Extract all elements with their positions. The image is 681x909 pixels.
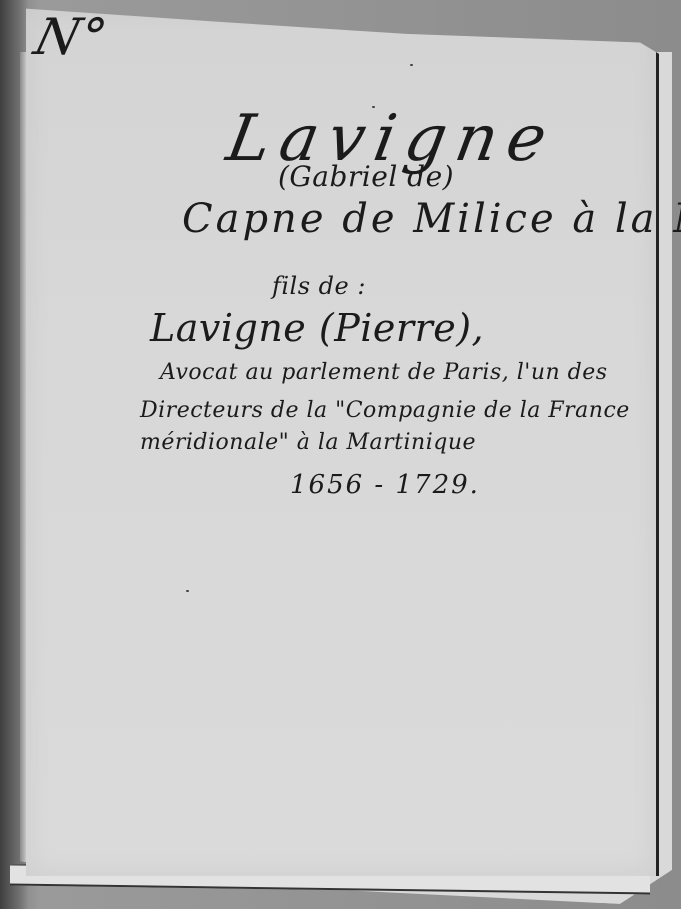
binding-shadow xyxy=(0,0,28,909)
ink-speck xyxy=(372,106,375,108)
given-name: (Gabriel de) xyxy=(278,160,454,193)
ink-speck xyxy=(410,64,413,66)
rank-title: Capne de Milice à la Mque xyxy=(182,196,681,242)
description-line-1: Avocat au parlement de Paris, l'un des xyxy=(160,360,608,385)
description-line-2: Directeurs de la "Compagnie de la France xyxy=(140,398,630,423)
date-range: 1656 - 1729. xyxy=(290,470,480,500)
ink-speck xyxy=(186,590,189,592)
parent-name: Lavigne (Pierre), xyxy=(150,306,484,350)
number-mark: N° xyxy=(29,8,113,66)
description-line-3: méridionale" à la Martinique xyxy=(140,430,476,455)
relation-label: fils de : xyxy=(272,272,366,300)
